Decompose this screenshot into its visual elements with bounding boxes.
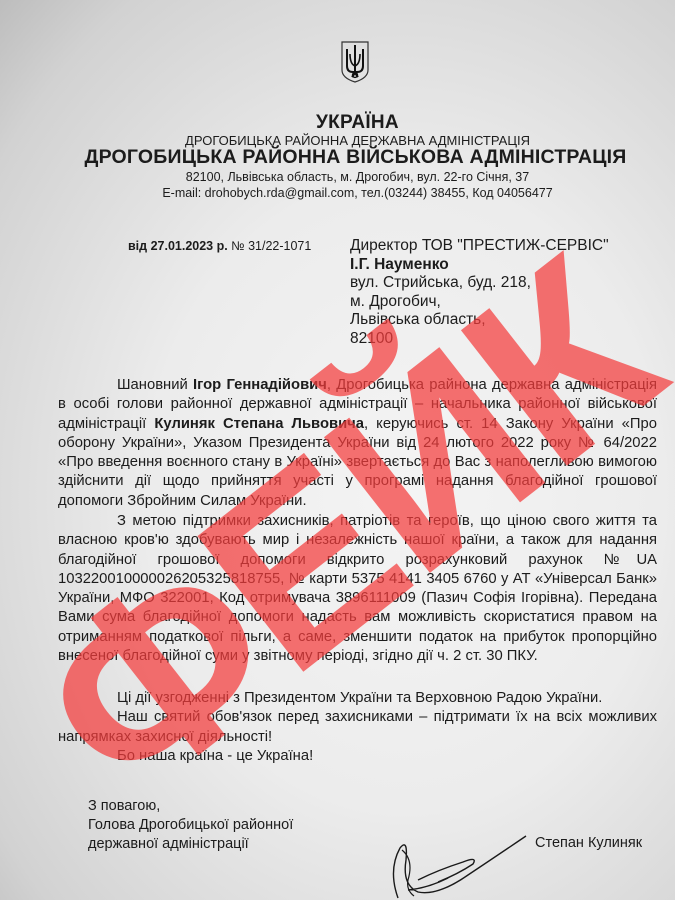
- document-date: від 27.01.2023 р.: [128, 239, 228, 253]
- recipient-region: Львівська область,: [350, 311, 609, 330]
- recipient-postcode: 82100: [350, 330, 609, 349]
- handwritten-signature-icon: [378, 830, 528, 900]
- coat-of-arms-trident-icon: [340, 40, 370, 84]
- header-military-administration: ДРОГОБИЦЬКА РАЙОННА ВІЙСЬКОВА АДМІНІСТРА…: [18, 146, 675, 169]
- recipient-block: Директор ТОВ "ПРЕСТИЖ-СЕРВІС" І.Г. Науме…: [350, 237, 609, 348]
- document-number: № 31/22-1071: [231, 239, 311, 253]
- closing-block: З повагою, Голова Дрогобицької районної …: [88, 797, 293, 854]
- paragraph-text: Наш святий обов'язок перед захисниками –…: [58, 708, 657, 747]
- document-reference: від 27.01.2023 р. № 31/22-1071: [128, 239, 311, 253]
- body-paragraph-3: Ці дії узгодженні з Президентом України …: [58, 689, 657, 766]
- addressee-name: Ігор Геннадійович: [193, 377, 327, 393]
- header-address: 82100, Львівська область, м. Дрогобич, в…: [20, 170, 675, 184]
- header-country: УКРАЇНА: [20, 112, 675, 134]
- recipient-street: вул. Стрийська, буд. 218,: [350, 274, 609, 293]
- paragraph-text: З метою підтримки захисників, патріотів …: [58, 512, 657, 666]
- closing-regards: З повагою,: [88, 797, 293, 816]
- body-paragraph-2: З метою підтримки захисників, патріотів …: [58, 512, 657, 666]
- paragraph-text: Бо наша країна - це Україна!: [58, 747, 657, 766]
- header-contact: E-mail: drohobych.rda@gmail.com, тел.(03…: [20, 186, 675, 200]
- signer-name: Степан Кулиняк: [535, 835, 642, 851]
- recipient-name: І.Г. Науменко: [350, 256, 609, 275]
- body-paragraph-1: Шановний Ігор Геннадійович, Дрогобицька …: [58, 376, 657, 511]
- head-name: Кулиняк Степана Львовича: [154, 416, 364, 432]
- recipient-city: м. Дрогобич,: [350, 293, 609, 312]
- letter-page: УКРАЇНА ДРОГОБИЦЬКА РАЙОННА ДЕРЖАВНА АДМ…: [0, 0, 675, 900]
- recipient-title: Директор ТОВ "ПРЕСТИЖ-СЕРВІС": [350, 237, 609, 256]
- signer-position-line-1: Голова Дрогобицької районної: [88, 816, 293, 835]
- paragraph-text: Ці дії узгодженні з Президентом України …: [58, 689, 657, 708]
- signer-position-line-2: державної адміністрації: [88, 835, 293, 854]
- salutation: Шановний: [117, 377, 193, 393]
